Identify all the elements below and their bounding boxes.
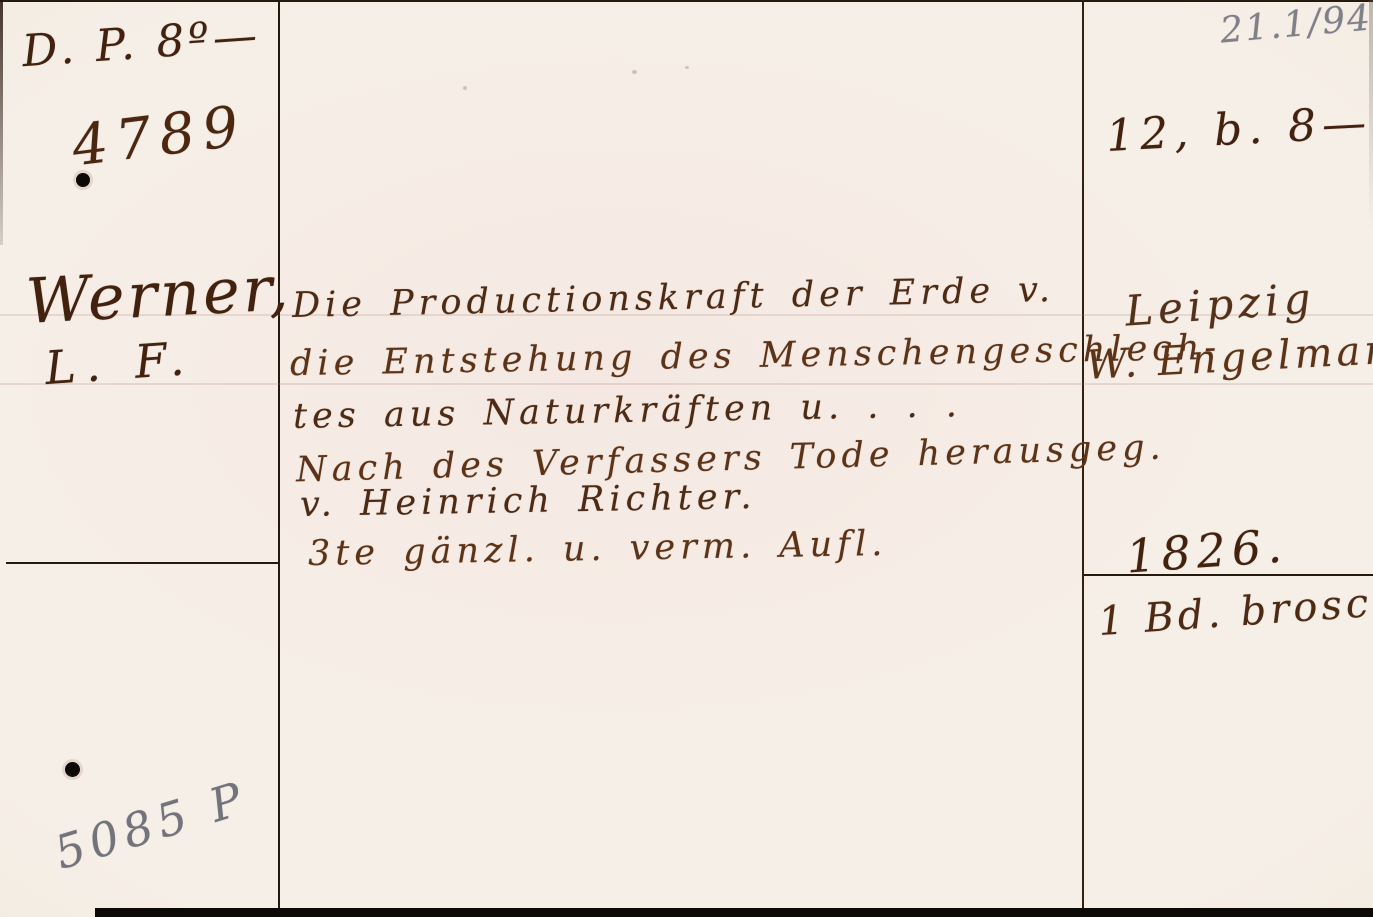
paper-speck xyxy=(463,86,467,90)
title-line: Die Productionskraft der Erde v. xyxy=(292,270,1056,326)
left-column-divider-line xyxy=(6,562,278,564)
title-line: v. Heinrich Richter. xyxy=(300,477,757,525)
title-line: 3te gänzl. u. verm. Aufl. xyxy=(308,524,888,574)
pencil-date-annotation: 21.1/94 xyxy=(1219,0,1373,52)
title-line: tes aus Naturkräften u. . . . xyxy=(293,385,962,437)
collation-handwriting: 1 Bd. brosch. xyxy=(1097,577,1373,645)
paper-speck xyxy=(632,70,637,74)
publication-place-handwriting: Leipzig xyxy=(1124,273,1317,335)
left-column-vertical-line xyxy=(278,0,280,917)
author-initials-handwriting: L. F. xyxy=(43,331,196,395)
pencil-inventory-number: 5085 P xyxy=(48,770,254,880)
call-number-handwriting: 12, b. 8— xyxy=(1105,97,1373,162)
punch-hole-bottom xyxy=(65,762,80,777)
accession-number-handwriting: 4789 xyxy=(69,94,250,180)
publication-year-handwriting: 1826. xyxy=(1124,518,1289,583)
paper-speck xyxy=(685,66,689,69)
card-bottom-edge xyxy=(95,908,1373,917)
card-left-edge xyxy=(0,0,3,245)
header-divider-line xyxy=(0,0,1373,2)
author-surname-handwriting: Werner, xyxy=(24,251,293,338)
shelfmark-handwriting: D. P. 8º— xyxy=(21,10,263,78)
catalog-card: D. P. 8º— 4789 21.1/94 12, b. 8— Werner,… xyxy=(0,0,1373,917)
